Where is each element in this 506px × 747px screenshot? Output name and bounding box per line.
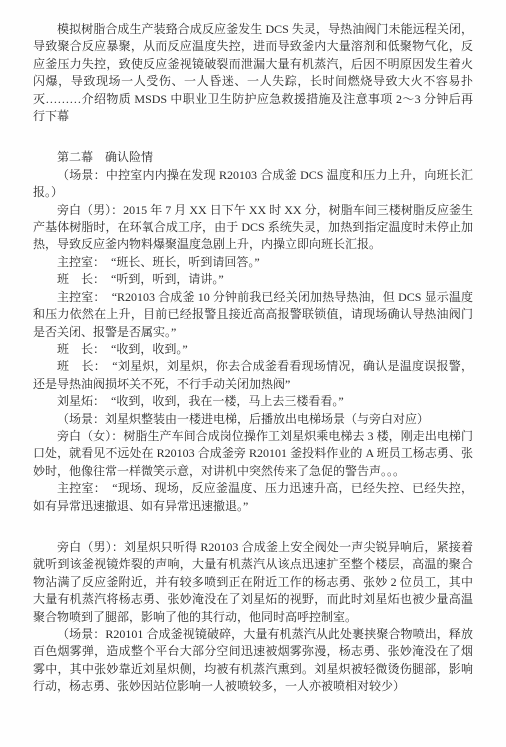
narration-male-2: 旁白（男）：刘星炽只听得 R20103 合成釜上安全阀处一声尖锐异响后，紧接着就… xyxy=(33,539,473,626)
document-body: 模拟树脂合成生产装臵合成反应釜发生 DCS 失灵，导热油阀门未能远程关闭，导致聚… xyxy=(33,21,473,696)
dialogue-foreman-3: 班 长： “刘星炽，刘星炽，你去合成釜看看现场情况，确认是温度误报警，还是导热油… xyxy=(33,358,473,393)
scene-note-elevator: （场景：刘星炽整装由一楼进电梯，后播放出电梯场景（与旁白对应） xyxy=(33,411,473,428)
dialogue-control-room-2: 主控室： “R20103 合成釜 10 分钟前我已经关闭加热导热油，但 DCS … xyxy=(33,289,473,341)
opening-narration: 模拟树脂合成生产装臵合成反应釜发生 DCS 失灵，导热油阀门未能远程关闭，导致聚… xyxy=(33,21,473,125)
dialogue-control-room-3: 主控室： “现场、现场，反应釜温度、压力迅速升高，已经失控、已经失控，如有异常迅… xyxy=(33,480,473,515)
document-page: 模拟树脂合成生产装臵合成反应釜发生 DCS 失灵，导热油阀门未能远程关闭，导致聚… xyxy=(0,0,506,747)
dialogue-foreman-2: 班 长： “收到，收到。” xyxy=(33,341,473,358)
narration-female-1: 旁白（女）：树脂生产车间合成岗位操作工刘星炽乘电梯去 3 楼，刚走出电梯门口处，… xyxy=(33,428,473,480)
scene-note-smoke: （场景：R20101 合成釜视镜破碎，大量有机蒸汽从此处裹挟聚合物喷出，释放百色… xyxy=(33,626,473,696)
dialogue-liuxingchi-1: 刘星炻： “收到，收到，我在一楼，马上去三楼看看。” xyxy=(33,393,473,410)
scene-note-control-room: （场景：中控室内内操在发现 R20103 合成釜 DCS 温度和压力上升，向班长… xyxy=(33,167,473,202)
act2-heading: 第二幕 确认险情 xyxy=(33,149,473,166)
dialogue-control-room-1: 主控室： “班长、班长，听到请回答。” xyxy=(33,254,473,271)
narration-male-1: 旁白（男）：2015 年 7 月 XX 日下午 XX 时 XX 分，树脂车间三楼… xyxy=(33,202,473,254)
dialogue-foreman-1: 班 长： “听到，听到，请讲。” xyxy=(33,271,473,288)
